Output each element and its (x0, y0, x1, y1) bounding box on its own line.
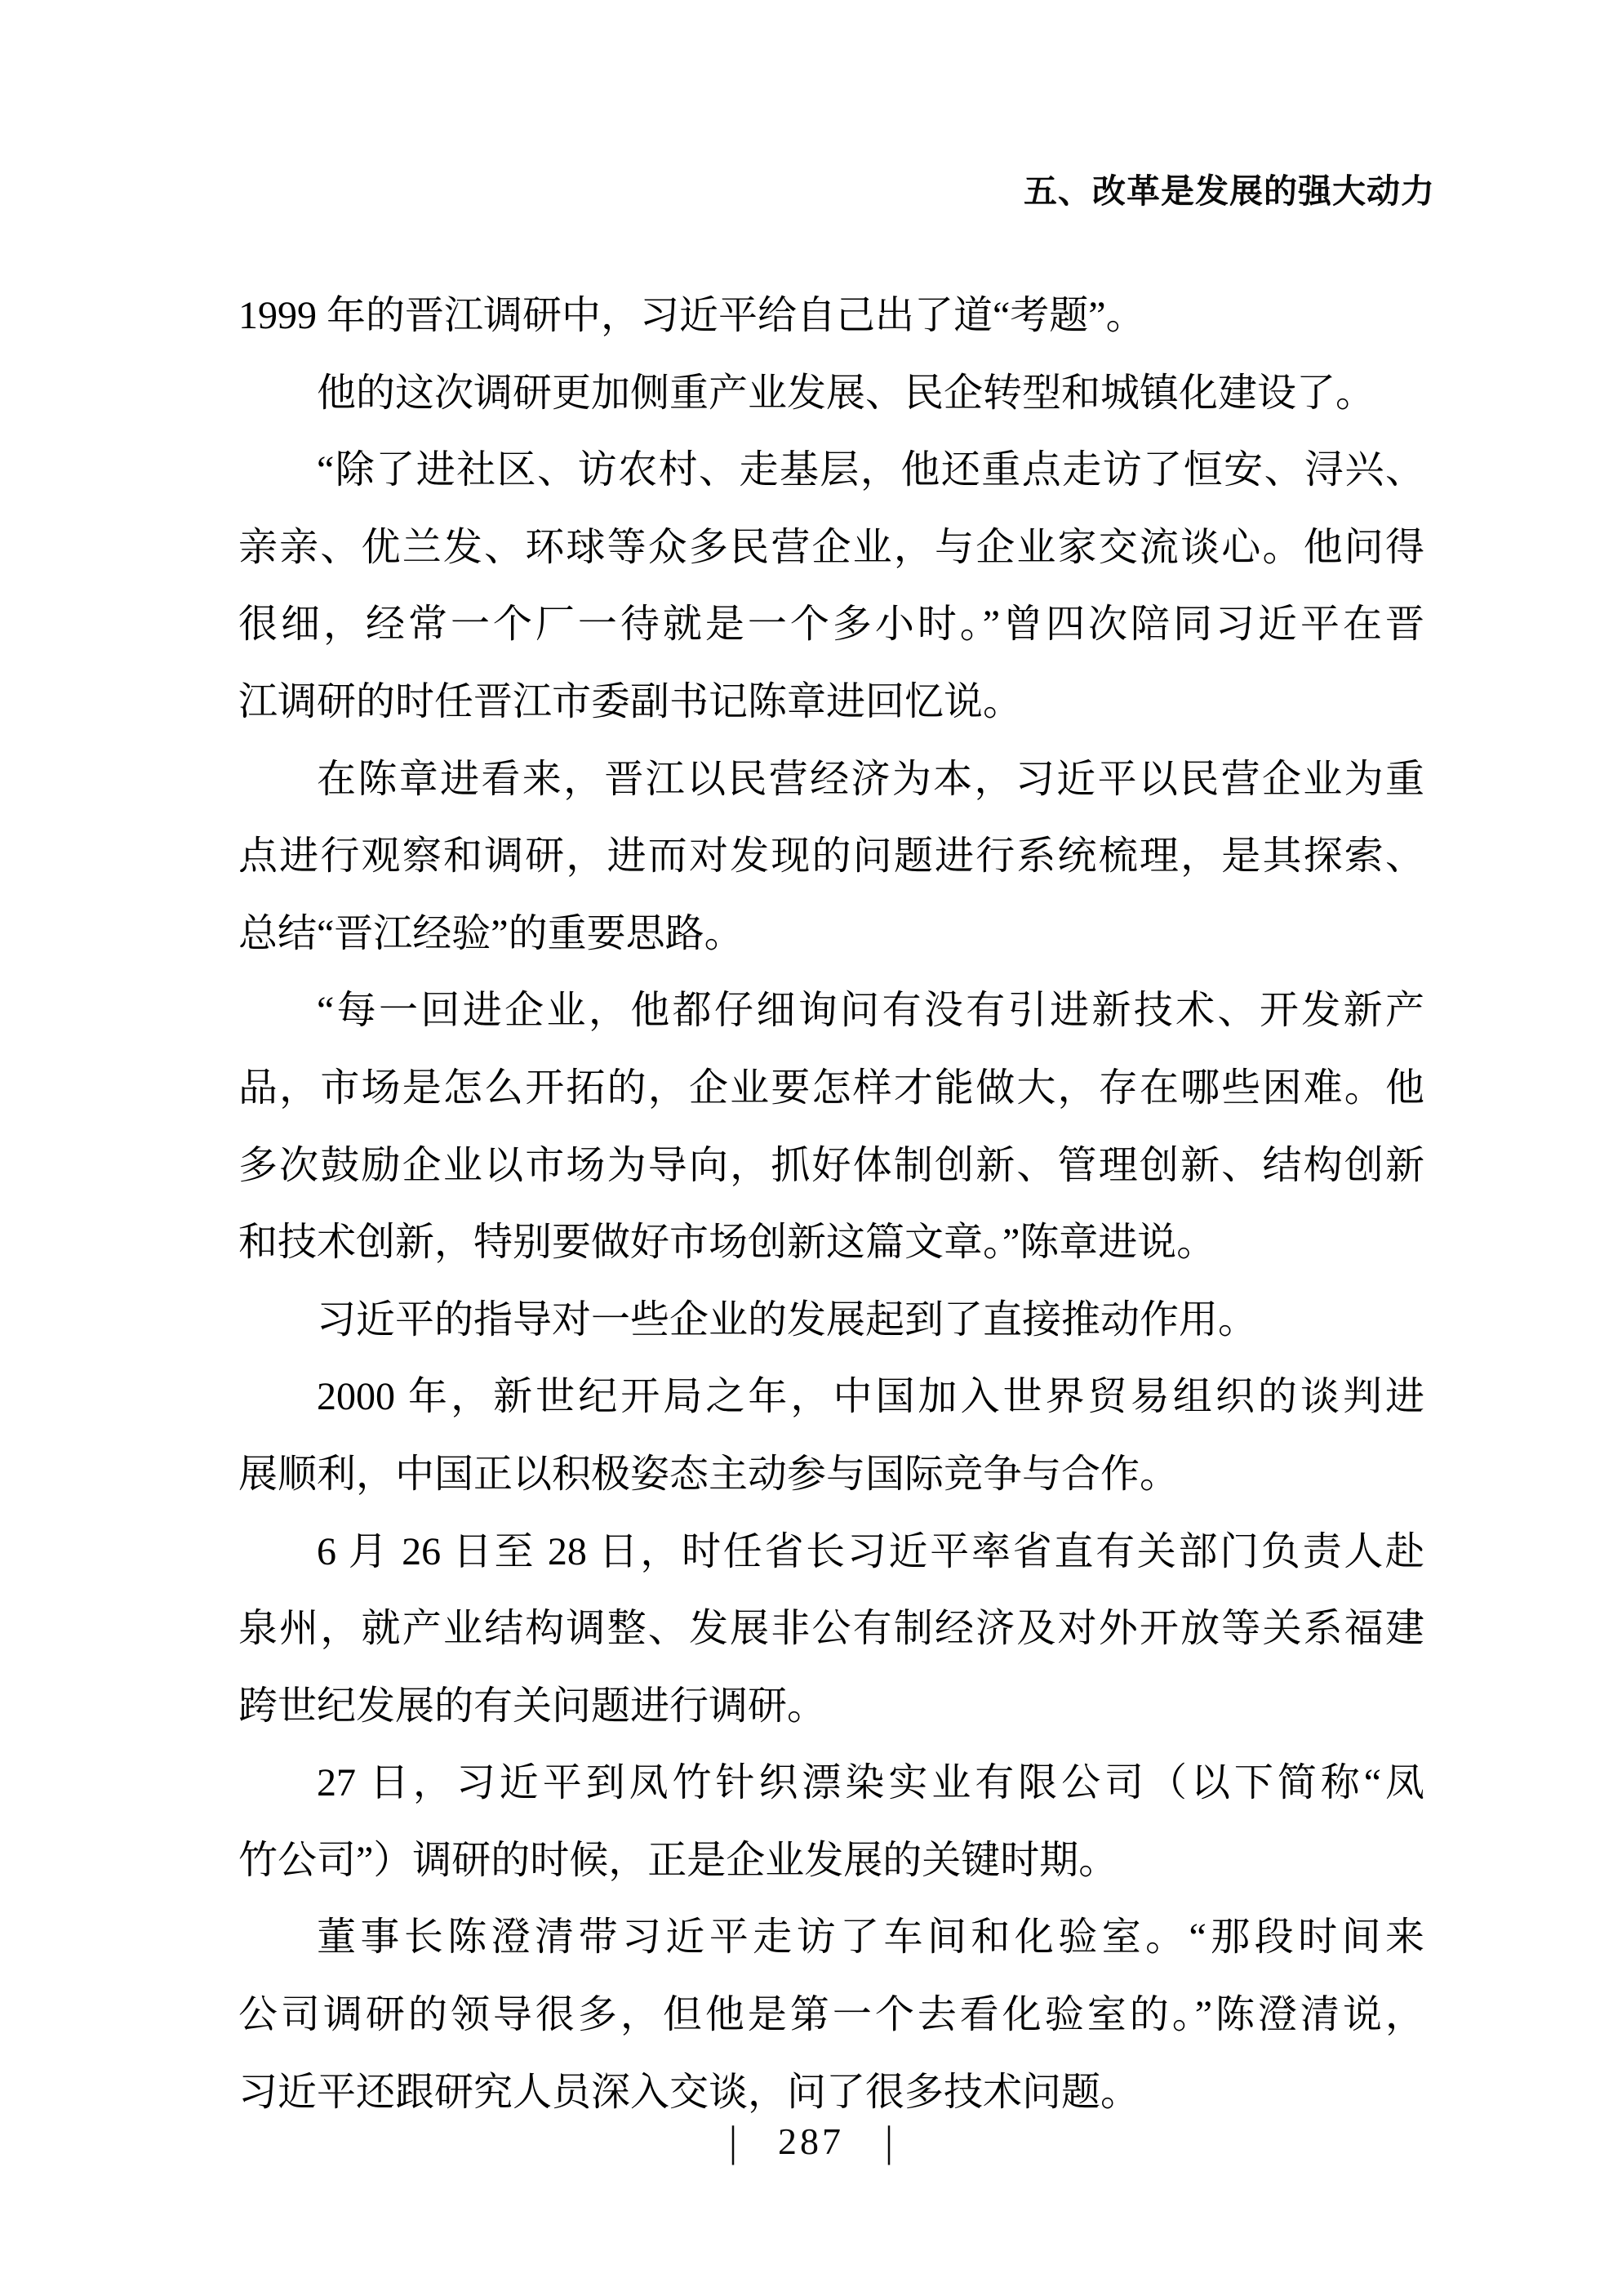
text-line: 泉州，就产业结构调整、发展非公有制经济及对外开放等关系福建 (238, 1591, 1424, 1668)
text-line: 点进行观察和调研，进而对发现的问题进行系统梳理，是其探索、 (238, 818, 1424, 896)
text-line: “每一回进企业，他都仔细询问有没有引进新技术、开发新产 (238, 972, 1424, 1050)
text-line: 竹公司”）调研的时候，正是企业发展的关键时期。 (238, 1822, 1424, 1900)
text-line: 多次鼓励企业以市场为导向，抓好体制创新、管理创新、结构创新 (238, 1128, 1424, 1205)
text-line: 2000 年，新世纪开局之年，中国加入世界贸易组织的谈判进 (238, 1359, 1424, 1436)
body-text: 1999 年的晋江调研中，习近平给自己出了道“考题”。 他的这次调研更加侧重产业… (238, 278, 1424, 2131)
page-number: 287 (778, 2120, 844, 2163)
text-line: 和技术创新，特别要做好市场创新这篇文章。”陈章进说。 (238, 1204, 1424, 1282)
text-line: 跨世纪发展的有关问题进行调研。 (238, 1668, 1424, 1746)
text-line: 品，市场是怎么开拓的，企业要怎样才能做大，存在哪些困难。他 (238, 1050, 1424, 1128)
text-line: 在陈章进看来，晋江以民营经济为本，习近平以民营企业为重 (238, 741, 1424, 819)
page-footer: | 287 | (0, 2117, 1622, 2165)
text-line: 很细，经常一个厂一待就是一个多小时。”曾四次陪同习近平在晋 (238, 586, 1424, 664)
text-line: 1999 年的晋江调研中，习近平给自己出了道“考题”。 (238, 278, 1424, 355)
text-line: 他的这次调研更加侧重产业发展、民企转型和城镇化建设了。 (238, 355, 1424, 433)
book-page: 五、改革是发展的强大动力 1999 年的晋江调研中，习近平给自己出了道“考题”。… (0, 0, 1622, 2296)
text-line: 总结“晋江经验”的重要思路。 (238, 896, 1424, 973)
text-line: 亲亲、优兰发、环球等众多民营企业，与企业家交流谈心。他问得 (238, 509, 1424, 587)
text-line: 展顺利，中国正以积极姿态主动参与国际竞争与合作。 (238, 1436, 1424, 1514)
running-header: 五、改革是发展的强大动力 (1024, 164, 1435, 212)
text-line: 江调研的时任晋江市委副书记陈章进回忆说。 (238, 664, 1424, 741)
text-line: 习近平的指导对一些企业的发展起到了直接推动作用。 (238, 1282, 1424, 1359)
text-line: 6 月 26 日至 28 日，时任省长习近平率省直有关部门负责人赴 (238, 1514, 1424, 1591)
text-line: 公司调研的领导很多，但他是第一个去看化验室的。”陈澄清说， (238, 1977, 1424, 2054)
footer-rule-right: | (885, 2116, 893, 2166)
footer-rule-left: | (729, 2116, 737, 2166)
text-line: “除了进社区、访农村、走基层，他还重点走访了恒安、浔兴、 (238, 432, 1424, 509)
text-line: 董事长陈澄清带习近平走访了车间和化验室。“那段时间来 (238, 1899, 1424, 1977)
text-line: 27 日，习近平到凤竹针织漂染实业有限公司（以下简称“凤 (238, 1745, 1424, 1822)
